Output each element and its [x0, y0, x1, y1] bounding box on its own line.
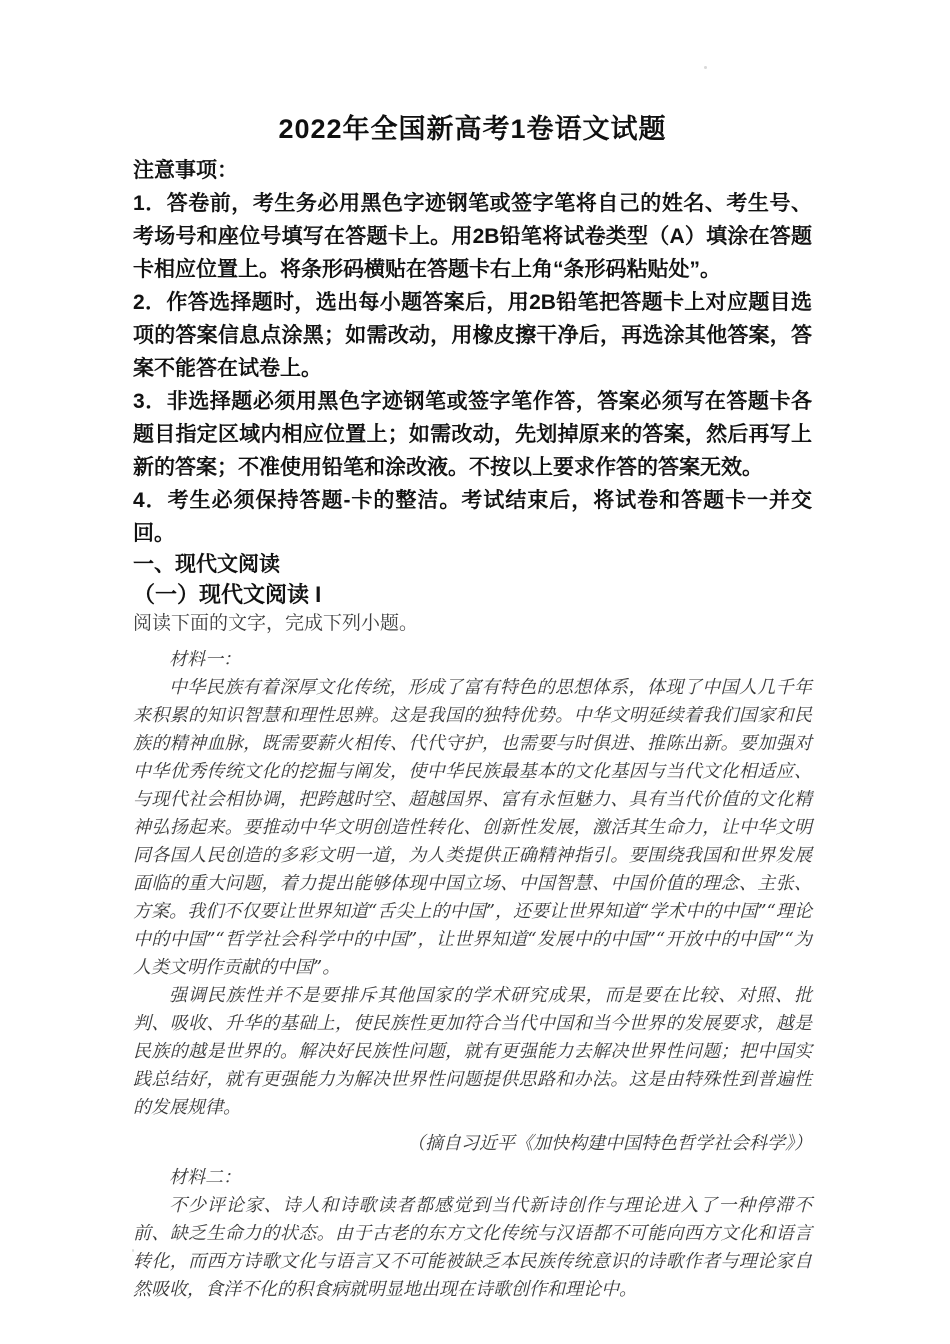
- material-two: 材料二： 不少评论家、诗人和诗歌读者都感觉到当代新诗创作与理论进入了一种停滞不前…: [133, 1164, 812, 1304]
- material-one-attribution: （摘自习近平《加快构建中国特色哲学社会科学》）: [133, 1130, 812, 1158]
- page-title: 2022年全国新高考1卷语文试题: [133, 110, 812, 148]
- subsection-heading-modern-reading-1: （一）现代文阅读 I: [133, 580, 812, 610]
- material-one-label: 材料一：: [133, 646, 812, 674]
- notice-item-1: 1．答卷前，考生务必用黑色字迹钢笔或签字笔将自己的姓名、考生号、考场号和座位号填…: [133, 187, 812, 286]
- material-one: 材料一： 中华民族有着深厚文化传统，形成了富有特色的思想体系，体现了中国人几千年…: [133, 646, 812, 1158]
- notice-item-3: 3．非选择题必须用黑色字迹钢笔或签字笔作答，答案必须写在答题卡各题目指定区域内相…: [133, 385, 812, 484]
- notice-item-4: 4．考生必须保持答题-卡的整洁。考试结束后，将试卷和答题卡一并交回。: [133, 484, 812, 550]
- scan-speck: [704, 66, 707, 69]
- exam-paper-page: 2022年全国新高考1卷语文试题 注意事项： 1．答卷前，考生务必用黑色字迹钢笔…: [0, 0, 950, 1344]
- material-two-label: 材料二：: [133, 1164, 812, 1192]
- reading-instruction: 阅读下面的文字，完成下列小题。: [133, 610, 812, 638]
- notice-item-2: 2．作答选择题时，选出每小题答案后，用2B铅笔把答题卡上对应题目选项的答案信息点…: [133, 286, 812, 385]
- page-content: 2022年全国新高考1卷语文试题 注意事项： 1．答卷前，考生务必用黑色字迹钢笔…: [133, 110, 812, 1304]
- section-heading-modern-reading: 一、现代文阅读: [133, 550, 812, 580]
- material-two-paragraph: 不少评论家、诗人和诗歌读者都感觉到当代新诗创作与理论进入了一种停滞不前、缺乏生命…: [133, 1192, 812, 1304]
- material-one-paragraph: 强调民族性并不是要排斥其他国家的学术研究成果，而是要在比较、对照、批判、吸收、升…: [133, 982, 812, 1122]
- material-one-paragraph: 中华民族有着深厚文化传统，形成了富有特色的思想体系，体现了中国人几千年来积累的知…: [133, 674, 812, 982]
- notice-section: 注意事项： 1．答卷前，考生务必用黑色字迹钢笔或签字笔将自己的姓名、考生号、考场…: [133, 154, 812, 550]
- notice-heading: 注意事项：: [133, 154, 812, 187]
